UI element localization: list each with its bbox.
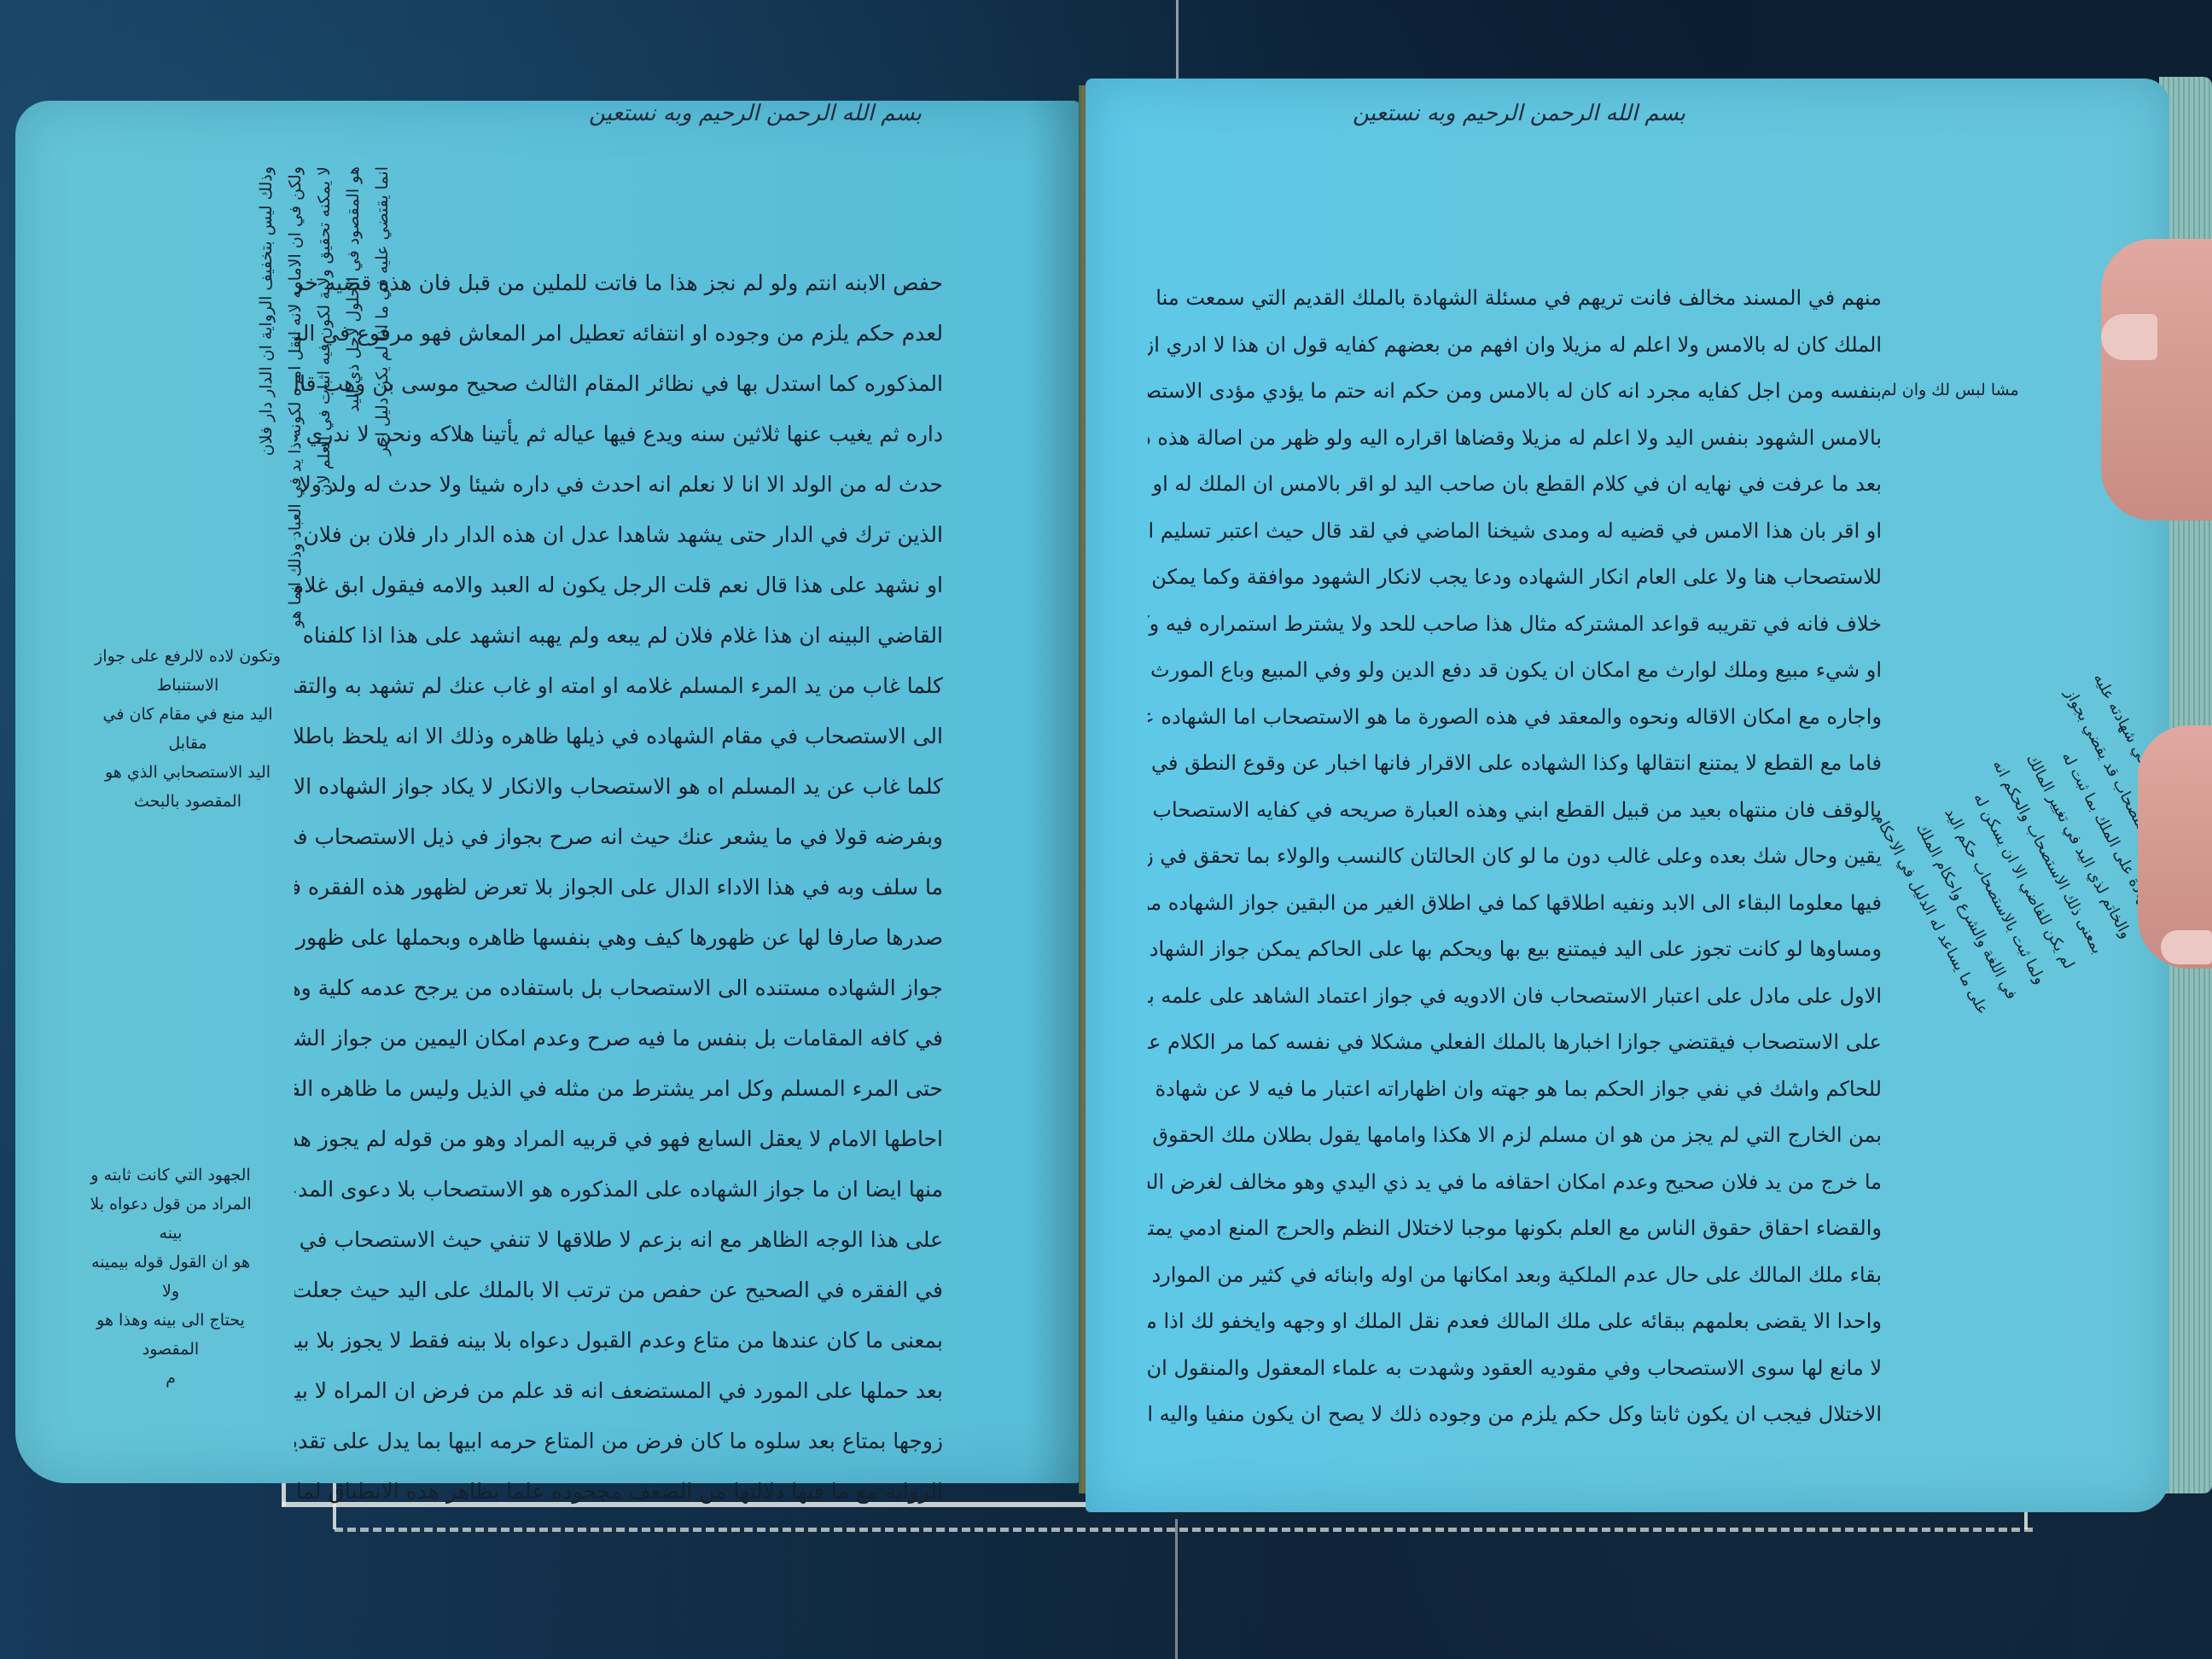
text-line: بعد حملها على المورد في المستضعف انه قد … [294,1365,943,1416]
text-line: في كافه المقامات بل بنفس ما فيه صرح وعدم… [294,1013,943,1063]
fingernail-lower [2161,930,2212,964]
text-line: خلاف فانه في تقريبه قواعد المشتركه مثال … [1148,601,1882,648]
text-line: ما خرج من يد فلان صحيح وعدم امكان احقافه… [1148,1159,1882,1206]
right-page-header: بسم الله الرحمن الرحيم وبه نستعين [1353,101,1685,126]
text-line: بمعنى ما كان عندها من متاع وعدم القبول د… [294,1315,943,1365]
text-line: او اقر بان هذا الامس في قضيه له ومدى شيخ… [1148,508,1882,555]
text-line: واحدا الا يقضى بعلمهم ببقائه على ملك الم… [1148,1298,1882,1345]
text-line: للحاكم واشك في نفي جواز الحكم بما هو جهت… [1148,1066,1882,1113]
text-line: منهم في المسند مخالف فانت تريهم في مسئلة… [1148,275,1882,322]
margin-line: المراد من قول دعواه بلا بينه [85,1190,256,1248]
board-center-line [1176,0,1179,85]
margin-line: لا يمكنه تحقيق ولاية لكون فيه اثبات في ا… [310,166,339,866]
text-line: جواز الشهاده مستنده الى الاستصحاب بل باس… [294,963,943,1013]
right-page-body: منهم في المسند مخالف فانت تريهم في مسئلة… [1148,275,1882,1438]
left-page-header: بسم الله الرحمن الرحيم وبه نستعين [589,101,922,126]
margin-line: يحتاج الى بينه وهذا هو المقصود [85,1306,256,1364]
text-line: الاول على مادل على اعتبار الاستصحاب فان … [1148,973,1882,1020]
text-line: صدرها صارفا لها عن ظهورها كيف وهي بنفسها… [294,912,943,963]
text-line: بعد ما عرفت في نهايه ان في كلام القطع با… [1148,461,1882,508]
margin-line: اليد الاستصحابي الذي هو [94,758,282,787]
text-line: منها ايضا ان ما جواز الشهاده على المذكور… [294,1164,943,1214]
margin-line: هو المقصود في الحلول لاجل ذي اليد [339,166,368,866]
text-line: بمن الخارج التي لم يجز من هو ان مسلم لزم… [1148,1112,1882,1159]
right-margin-note-top: مشا لبس لك وان لم [1852,375,2048,405]
margin-line: انما يقتضي عليه في ما اذا لم يكن دليل اخ… [368,166,397,866]
margin-line: وتكون لاده لالرفع على جواز الاستنباط [94,642,282,700]
text-line: لا مانع لها سوى الاستصحاب وفي مقوديه الع… [1148,1345,1882,1392]
text-line: احاطها الامام لا يعقل السابع فهو في قربي… [294,1114,943,1164]
text-line: للاستصحاب هنا ولا على العام انكار الشهاد… [1148,554,1882,601]
text-line: والقضاء احقاق حقوق الناس مع العلم بكونها… [1148,1205,1882,1252]
text-line: على هذا الوجه الظاهر مع انه بزعم لا طلاق… [294,1214,943,1265]
text-line: واجاره مع امكان الاقاله ونحوه والمعقد في… [1148,694,1882,741]
text-line: الملك كان له بالامس ولا اعلم له مزيلا وا… [1148,322,1882,369]
text-line: فيها معلوما البقاء الى الابد ونفيه اطلاق… [1148,880,1882,927]
text-line: حتى المرء المسلم وكل امر يشترط من مثله ف… [294,1063,943,1114]
text-line: الرواية مع ما فيها دلالتها من الضعف مجحو… [294,1466,943,1516]
margin-line: اليد منع في مقام كان في مقابل [94,700,282,758]
text-line: بالوقف فان منتهاه بعيد من قبيل القطع ابن… [1148,787,1882,834]
finger-upper [2101,239,2212,521]
margin-line: ولكن في ان الامامه لانه انقل امره لكونه … [281,166,310,866]
board-frame-line-inner [335,1528,2033,1536]
text-line: ومساوها لو كانت تجوز على اليد فيمتنع بيع… [1148,926,1882,973]
margin-line: الجهود التي كانت ثابته و [85,1161,256,1190]
board-center-line-bottom [1175,1519,1178,1659]
text-line: في الفقره في الصحيح عن حفص من ترتب الا ب… [294,1265,943,1315]
text-line: بالامس الشهود بنفس اليد ولا اعلم له مزيل… [1148,415,1882,462]
text-line: بنفسه ومن اجل كفايه مجرد انه كان له بالا… [1148,368,1882,415]
text-line: فاما مع القطع لا يمتنع انتقالها وكذا الش… [1148,740,1882,787]
text-line: على الاستصحاب فيقتضي جوازا اخبارها بالمل… [1148,1019,1882,1066]
text-line: ما سلف وبه في هذا الاداء الدال على الجوا… [294,862,943,912]
text-line: الاختلال فيجب ان يكون ثابتا وكل حكم يلزم… [1148,1391,1882,1438]
margin-line: المقصود بالبحث [94,787,282,816]
left-margin-note-middle: وتكون لاده لالرفع على جواز الاستنباط الي… [94,642,282,816]
left-margin-note-bottom: الجهود التي كانت ثابته و المراد من قول د… [85,1161,256,1393]
fingernail-upper [2101,314,2157,360]
text-line: او شيء مبيع وملك لوارث مع امكان ان يكون … [1148,647,1882,694]
text-line: بقاء ملك المالك على حال عدم الملكية وبعد… [1148,1252,1882,1299]
margin-line: مشا لبس لك وان لم [1852,375,2048,405]
margin-line: م [85,1364,256,1393]
text-line: زوجها بمتاع بعد سلوه ما كان فرض من المتا… [294,1416,943,1466]
text-line: يقين وحال شك بعده وعلى غالب دون ما لو كا… [1148,833,1882,880]
margin-line: هو ان القول قوله بيمينه ولا [85,1248,256,1306]
